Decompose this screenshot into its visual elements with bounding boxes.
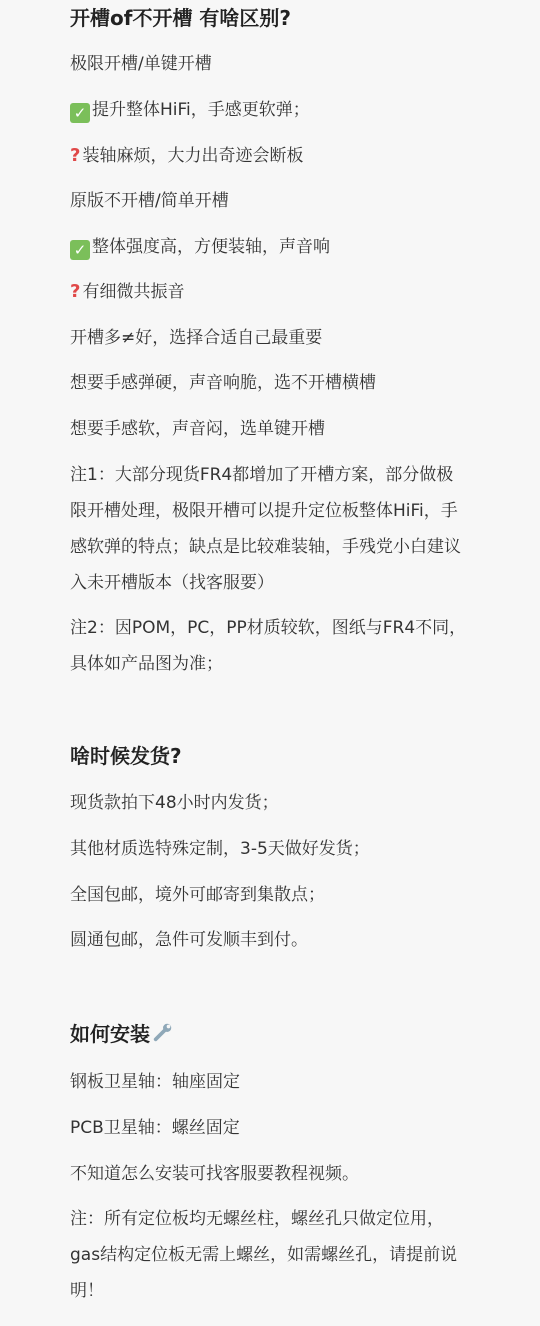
para: 不知道怎么安装可找客服要教程视频。 [70, 1156, 470, 1192]
para: ?装轴麻烦，大力出奇迹会断板 [70, 138, 470, 174]
para: 想要手感软，声音闷，选单键开槽 [70, 411, 470, 447]
paragraph: 钢板卫星轴：轴座固定 [70, 1064, 470, 1100]
paragraph: 原版不开槽/简单开槽 [70, 183, 470, 219]
paragraph: 注1：大部分现货FR4都增加了开槽方案，部分做极限开槽处理，极限开槽可以提升定位… [70, 457, 470, 601]
paragraph: 圆通包邮，急件可发顺丰到付。 [70, 922, 470, 958]
paragraph: 现货款拍下48小时内发货； [70, 785, 470, 821]
section-slotting: 开槽of不开槽 有啥区别? [70, 4, 470, 32]
check-icon: ✓ [70, 103, 90, 123]
paragraph: ?装轴麻烦，大力出奇迹会断板 [70, 138, 470, 174]
para: PCB卫星轴：螺丝固定 [70, 1110, 470, 1146]
section-title: 如何安装 [70, 1020, 470, 1050]
paragraph: 全国包邮，境外可邮寄到集散点； [70, 877, 470, 913]
para: 想要手感弹硬，声音响脆，选不开槽横槽 [70, 365, 470, 401]
paragraph: 其他材质选特殊定制，3-5天做好发货； [70, 831, 470, 867]
wrench-icon [152, 1021, 174, 1050]
note-1: 注1：大部分现货FR4都增加了开槽方案，部分做极限开槽处理，极限开槽可以提升定位… [70, 457, 470, 601]
section-install: 如何安装 [70, 1020, 470, 1050]
para: ?有细微共振音 [70, 274, 470, 310]
section-shipping: 啥时候发货? [70, 742, 470, 770]
paragraph: ?有细微共振音 [70, 274, 470, 310]
note-2: 注2：因POM，PC，PP材质较软，图纸与FR4不同，具体如产品图为准； [70, 610, 470, 682]
para: 现货款拍下48小时内发货； [70, 785, 470, 821]
paragraph: ✓提升整体HiFi，手感更软弹； [70, 92, 470, 128]
para: ✓提升整体HiFi，手感更软弹； [70, 92, 470, 128]
para: 钢板卫星轴：轴座固定 [70, 1064, 470, 1100]
section-title: 开槽of不开槽 有啥区别? [70, 4, 470, 32]
check-icon: ✓ [70, 240, 90, 260]
para: 开槽多≠好，选择合适自己最重要 [70, 320, 470, 356]
paragraph: 注：所有定位板均无螺丝柱，螺丝孔只做定位用，gas结构定位板无需上螺丝，如需螺丝… [70, 1201, 470, 1309]
paragraph: 开槽多≠好，选择合适自己最重要 [70, 320, 470, 356]
para: 其他材质选特殊定制，3-5天做好发货； [70, 831, 470, 867]
para: ✓整体强度高，方便装轴，声音响 [70, 229, 470, 265]
paragraph: 想要手感弹硬，声音响脆，选不开槽横槽 [70, 365, 470, 401]
para: 极限开槽/单键开槽 [70, 46, 470, 82]
section-title: 啥时候发货? [70, 742, 470, 770]
paragraph: 不知道怎么安装可找客服要教程视频。 [70, 1156, 470, 1192]
paragraph: 注2：因POM，PC，PP材质较软，图纸与FR4不同，具体如产品图为准； [70, 610, 470, 682]
para: 圆通包邮，急件可发顺丰到付。 [70, 922, 470, 958]
install-note: 注：所有定位板均无螺丝柱，螺丝孔只做定位用，gas结构定位板无需上螺丝，如需螺丝… [70, 1201, 470, 1309]
paragraph: PCB卫星轴：螺丝固定 [70, 1110, 470, 1146]
paragraph: 想要手感软，声音闷，选单键开槽 [70, 411, 470, 447]
para: 原版不开槽/简单开槽 [70, 183, 470, 219]
para: 全国包邮，境外可邮寄到集散点； [70, 877, 470, 913]
question-icon: ? [70, 281, 80, 302]
paragraph: 极限开槽/单键开槽 [70, 46, 470, 82]
paragraph: ✓整体强度高，方便装轴，声音响 [70, 229, 470, 265]
article-page: 开槽of不开槽 有啥区别? 极限开槽/单键开槽 ✓提升整体HiFi，手感更软弹；… [0, 0, 540, 1326]
question-icon: ? [70, 145, 80, 166]
